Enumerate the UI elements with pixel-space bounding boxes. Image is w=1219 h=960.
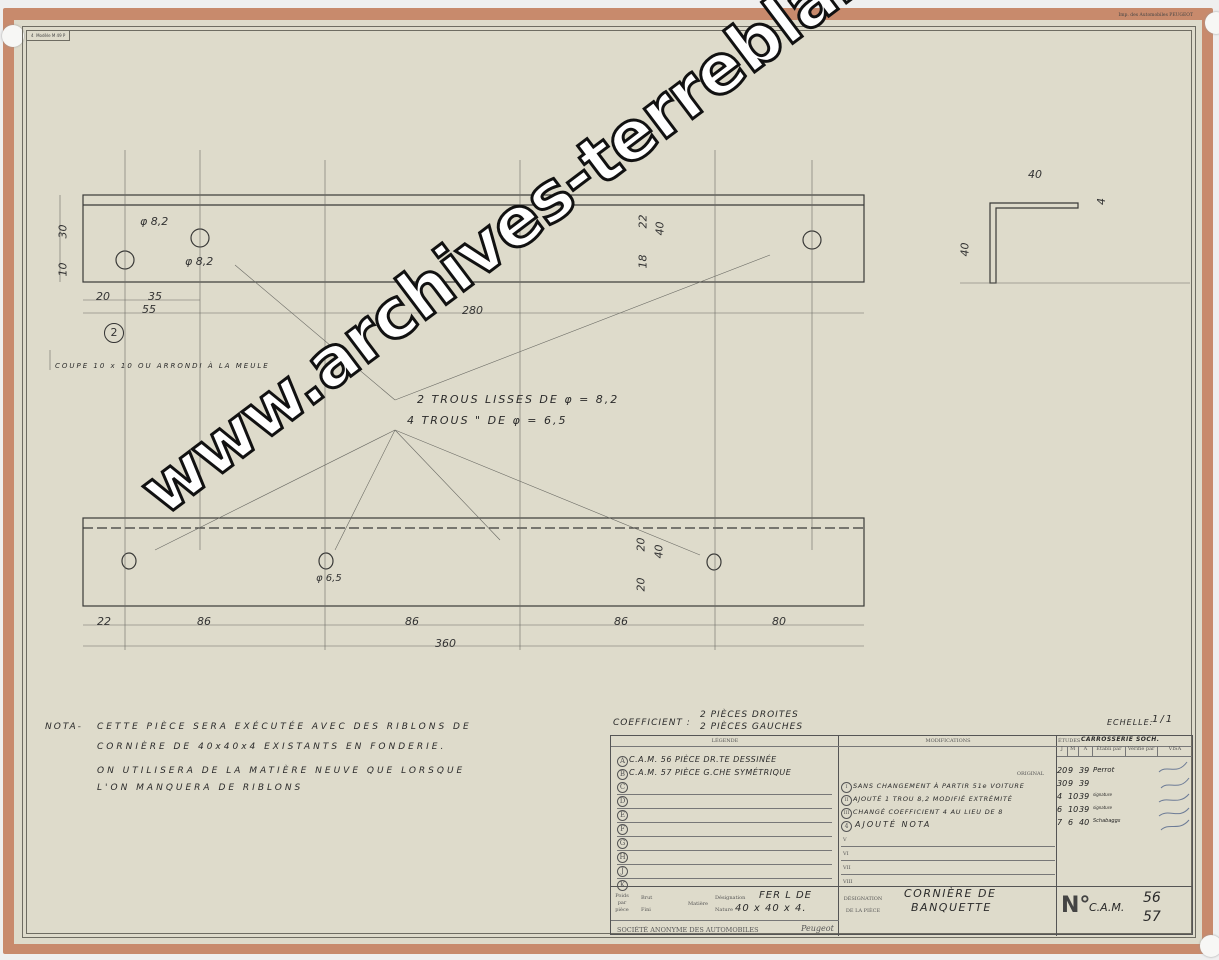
row-month: 10 [1068,805,1079,818]
coefficient-line1: 2 PIÈCES DROITES [700,710,799,720]
legend-row: C.A.M. 57 PIÈCE G.CHE SYMÉTRIQUEB [617,768,832,781]
etudes-row: 41039signature [1057,792,1125,805]
legend-list: C.A.M. 56 PIÈCE DR.TE DESSINÉEA C.A.M. 5… [617,755,832,892]
title-block: LÉGENDE C.A.M. 56 PIÈCE DR.TE DESSINÉEA … [610,735,1193,935]
modification-text: SANS CHANGEMENT À PARTIR 51e VOITURE [853,782,1025,790]
legend-letter: C [617,782,628,793]
etudes-columns: J M A Établi par Vérifié par VISA [1057,746,1192,757]
legend-letter: J [617,866,628,877]
row-month: 9 [1068,779,1079,792]
dim-86-b: 86 [405,615,419,628]
row-year: 39 [1079,779,1093,792]
designation-label: Désignation [715,895,745,901]
dim-20-upper: 20 [635,538,648,552]
modification-row: VII [841,861,1055,875]
legend-letter: F [617,824,628,835]
legend-row: G [617,837,832,851]
piece-designation-section: DÉSIGNATION DE LA PIÈCE CORNIÈRE DE BANQ… [839,886,1057,936]
nature-label: Nature [715,907,733,913]
col-year: A [1079,746,1094,756]
piece-designation-label: DÉSIGNATION DE LA PIÈCE [843,893,883,917]
dim-hole-b: φ 8,2 [185,255,213,268]
legend-row: H [617,851,832,865]
material-designation: FER L DE [759,890,812,901]
row-signature: signature [1093,792,1125,805]
legend-header: LÉGENDE [611,738,839,747]
chamfer-note: COUPE 10 x 10 OU ARRONDI À LA MEULE [55,362,270,370]
modifications-list: ISANS CHANGEMENT À PARTIR 51e VOITURE II… [841,781,1055,888]
legend-letter: B [617,769,628,780]
row-day: 7 [1057,818,1068,831]
etudes-label: ÉTUDES [1058,738,1080,744]
modification-number: VIII [843,879,853,885]
coefficient-label: COEFFICIENT : [613,718,691,728]
row-year: 40 [1079,818,1093,831]
modification-row: V [841,833,1055,847]
row-year: 39 [1079,792,1093,805]
row-day: 30 [1057,779,1068,792]
modification-row: IIAJOUTÉ 1 TROU 8,2 MODIFIÉ EXTRÉMITÉ [841,794,1055,807]
row-day: 4 [1057,792,1068,805]
legend-row: D [617,795,832,809]
col-day: J [1057,746,1068,756]
row-day: 20 [1057,766,1068,779]
drawing-number-1: 56 [1143,890,1161,906]
dim-section-height: 40 [959,243,972,257]
dim-80: 80 [772,615,786,628]
holes-note-line2: 4 TROUS " DE φ = 6,5 [407,414,567,427]
dim-35: 35 [148,290,162,303]
dim-86-c: 86 [614,615,628,628]
dim-20: 20 [96,290,110,303]
piece-name-line2: BANQUETTE [911,901,992,914]
row-signature: Schabaggs [1093,818,1125,831]
modification-text: CHANGÉ COEFFICIENT 4 AU LIEU DE 8 [853,808,1003,816]
drawing-number-section: N° C.A.M. 56 57 [1057,886,1192,936]
legend-row-text: C.A.M. 57 PIÈCE G.CHE SYMÉTRIQUE [629,768,791,777]
nota-line-4: L'ON MANQUERA DE RIBLONS [97,783,303,793]
col-month: M [1068,746,1079,756]
dim-22-bottom: 22 [97,615,111,628]
row-month: 10 [1068,792,1079,805]
echelle-label: ECHELLE: [1107,718,1153,727]
dim-total-length: 360 [435,637,456,650]
company-name: SOCIÉTÉ ANONYME DES AUTOMOBILES [617,926,759,934]
etudes-row: 20939Perrot [1057,766,1125,779]
legend-letter: A [617,756,628,767]
row-month: 9 [1068,766,1079,779]
nota-line-1: CETTE PIÈCE SERA EXÉCUTÉE AVEC DES RIBLO… [97,722,472,732]
dim-10: 10 [57,263,70,277]
row-day: 6 [1057,805,1068,818]
legend-row: C [617,781,832,795]
modification-text: AJOUTÉ 1 TROU 8,2 MODIFIÉ EXTRÉMITÉ [853,795,1013,803]
material-label: Matière [688,901,708,907]
brand-logo: Peugeot [801,924,834,933]
modification-row: IIICHANGÉ COEFFICIENT 4 AU LIEU DE 8 [841,807,1055,820]
modification-number: VI [843,851,849,857]
etudes-department: CARROSSERIE SOCH. [1081,736,1160,743]
legend-letter: H [617,852,628,863]
etudes-rows: 20939Perrot 30939 41039signature 61039si… [1057,766,1125,831]
legend-section: LÉGENDE C.A.M. 56 PIÈCE DR.TE DESSINÉEA … [611,736,839,886]
nota-label: NOTA- [45,722,83,732]
dim-hole-65: φ 6,5 [316,573,342,584]
etudes-row: 30939 [1057,779,1125,792]
modification-number: III [841,808,852,819]
legend-letter: D [617,796,628,807]
number-prefix: N° [1061,893,1090,918]
modification-row: VI [841,847,1055,861]
col-verified-by: Vérifié par [1126,746,1158,756]
dim-40-bottom: 40 [653,545,666,559]
dim-22: 22 [637,215,650,229]
dim-18: 18 [637,255,650,269]
modifications-header: MODIFICATIONS [839,738,1057,747]
original-label: ORIGINAL [1017,771,1044,777]
modification-number: I [841,782,852,793]
weight-label: Poids par pièce [615,893,629,914]
legend-letter: E [617,810,628,821]
col-visa: VISA [1158,746,1192,756]
row-month: 6 [1068,818,1079,831]
modification-number: V [843,837,847,843]
piece-name-line1: CORNIÈRE DE [904,887,996,900]
dim-40: 40 [654,222,667,236]
visa-signatures [1157,758,1191,836]
row-signature [1093,779,1125,792]
col-established-by: Établi par [1093,746,1125,756]
modification-number: II [841,795,852,806]
modification-number: 4 [841,821,852,832]
row-signature: Perrot [1093,766,1125,779]
nota-line-2: CORNIÈRE DE 40x40x4 EXISTANTS EN FONDERI… [97,742,446,752]
dim-hole-a: φ 8,2 [140,215,168,228]
dim-section-thickness: 4 [1095,198,1108,205]
net-weight-label: Fini [641,907,651,913]
material-section: Poids par pièce Brut Fini Matière Désign… [611,886,839,936]
modification-row: ISANS CHANGEMENT À PARTIR 51e VOITURE [841,781,1055,794]
legend-row: C.A.M. 56 PIÈCE DR.TE DESSINÉEA [617,755,832,768]
dim-20-lower: 20 [635,578,648,592]
nota-line-3: ON UTILISERA DE LA MATIÈRE NEUVE QUE LOR… [97,766,465,776]
company-line: SOCIÉTÉ ANONYME DES AUTOMOBILES Peugeot [611,920,839,938]
modifications-section: MODIFICATIONS ORIGINAL ISANS CHANGEMENT … [839,736,1057,886]
row-year: 39 [1079,805,1093,818]
modification-text: AJOUTÉ NOTA [855,820,931,829]
holes-note-line1: 2 TROUS LISSES DE φ = 8,2 [417,393,619,406]
legend-row-text: C.A.M. 56 PIÈCE DR.TE DESSINÉE [629,755,777,764]
row-signature: signature [1093,805,1125,818]
etudes-row: 61039signature [1057,805,1125,818]
gross-weight-label: Brut [641,895,652,901]
dim-55: 55 [142,303,156,316]
etudes-section: ÉTUDES CARROSSERIE SOCH. J M A Établi pa… [1057,736,1192,886]
modification-number: VII [843,865,851,871]
row-year: 39 [1079,766,1093,779]
dim-section-width: 40 [1028,168,1042,181]
dim-86-a: 86 [197,615,211,628]
legend-letter: G [617,838,628,849]
drawing-number-2: 57 [1143,909,1161,925]
dim-30: 30 [57,225,70,239]
legend-row: J [617,865,832,879]
modification-row: 4AJOUTÉ NOTA [841,820,1055,833]
callout-2: 2 [104,323,124,343]
legend-row: F [617,823,832,837]
number-series: C.A.M. [1089,901,1124,914]
material-nature: 40 x 40 x 4. [735,903,807,914]
coefficient-line2: 2 PIÈCES GAUCHES [700,722,803,732]
echelle-value: 1/1 [1152,714,1174,725]
legend-row: E [617,809,832,823]
etudes-row: 7640Schabaggs [1057,818,1125,831]
